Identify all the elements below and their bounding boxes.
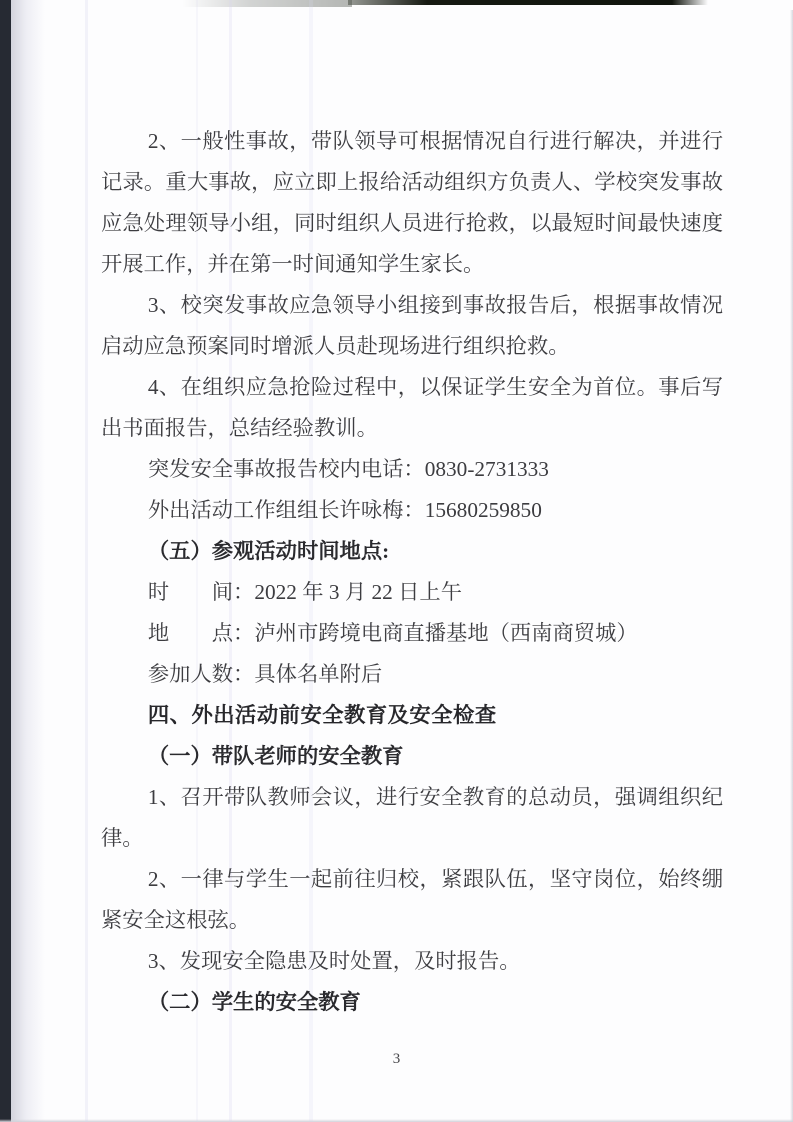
line-activity-time: 时 间：2022 年 3 月 22 日上午: [101, 572, 723, 613]
scanned-document-page: 2、一般性事故，带队领导可根据情况自行进行解决，并进行记录。重大事故，应立即上报…: [0, 0, 793, 1122]
page-number: 3: [0, 1051, 793, 1068]
line-emergency-report-phone: 突发安全事故报告校内电话：0830-2731333: [101, 449, 723, 490]
para-teacher-report-hazards: 3、发现安全隐患及时处置，及时报告。: [101, 941, 723, 982]
line-activity-place: 地 点：泸州市跨境电商直播基地（西南商贸城）: [101, 613, 723, 654]
line-participants: 参加人数：具体名单附后: [101, 654, 723, 695]
scanner-streak: [85, 0, 88, 1122]
para-teacher-accompany-students: 2、一律与学生一起前往归校，紧跟队伍，坚守岗位，始终绷紧安全这根弦。: [101, 859, 723, 941]
para-rescue-student-safety-first: 4、在组织应急抢险过程中，以保证学生安全为首位。事后写出书面报告，总结经验教训。: [101, 367, 723, 449]
heading-section5-time-place: （五）参观活动时间地点:: [101, 531, 723, 572]
line-group-leader-phone: 外出活动工作组组长许咏梅：15680259850: [101, 490, 723, 531]
heading-section4-safety-education: 四、外出活动前安全教育及安全检查: [101, 695, 723, 736]
scan-edge-top-shadow: [348, 0, 708, 5]
heading-sub2-student-safety: （二）学生的安全教育: [101, 982, 723, 1023]
scan-edge-left-shadow: [0, 0, 11, 1122]
scan-edge-top-smudge: [182, 0, 352, 7]
heading-sub1-teacher-safety: （一）带队老师的安全教育: [101, 736, 723, 777]
para-teacher-meeting: 1、召开带队教师会议，进行安全教育的总动员，强调组织纪律。: [101, 777, 723, 859]
para-school-emergency-group: 3、校突发事故应急领导小组接到事故报告后，根据事故情况启动应急预案同时增派人员赴…: [101, 285, 723, 367]
scan-edge-left-gradient: [11, 0, 45, 1122]
para-general-accident-procedure: 2、一般性事故，带队领导可根据情况自行进行解决，并进行记录。重大事故，应立即上报…: [101, 121, 723, 285]
document-body: 2、一般性事故，带队领导可根据情况自行进行解决，并进行记录。重大事故，应立即上报…: [101, 121, 723, 1023]
